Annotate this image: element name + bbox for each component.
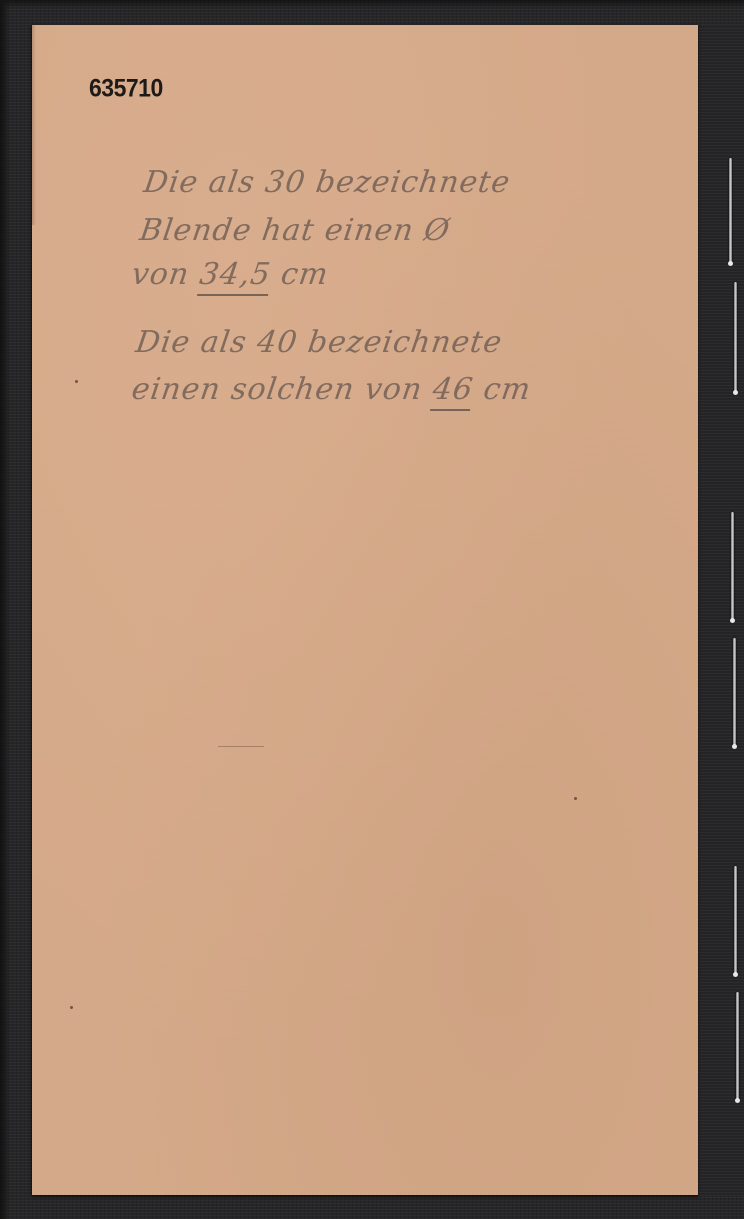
staple-icon: [731, 512, 734, 620]
staple-icon: [736, 992, 739, 1100]
handwritten-note: Die als 30 bezeichnete Blende hat einen …: [32, 25, 698, 1195]
note-line-1: Die als 30 bezeichnete: [142, 165, 513, 200]
note-line-5-prefix: einen solchen von: [130, 372, 436, 407]
paper-sheet: 635710 Die als 30 bezeichnete Blende hat…: [32, 25, 698, 1195]
note-line-3: von 34,5 cm: [130, 257, 331, 292]
staple-icon: [733, 638, 736, 746]
note-line-3-suffix: cm: [279, 257, 331, 292]
faint-pencil-mark: [218, 746, 264, 747]
note-line-5-suffix: cm: [481, 372, 533, 407]
paper-speck: [75, 380, 78, 383]
diameter-value-30: 34,5: [197, 257, 273, 296]
staple-icon: [729, 158, 732, 263]
staple-icon: [734, 282, 737, 392]
note-line-2: Blende hat einen Ø: [138, 213, 453, 248]
backing-top-shadow: [0, 0, 744, 8]
note-line-3-prefix: von: [130, 257, 203, 292]
note-line-5: einen solchen von 46 cm: [130, 372, 534, 407]
diameter-value-40: 46: [430, 372, 476, 411]
note-line-4: Die als 40 bezeichnete: [134, 325, 505, 360]
paper-speck: [574, 797, 577, 800]
staple-icon: [734, 866, 737, 974]
backing-left-shadow: [0, 0, 10, 1219]
paper-speck: [70, 1006, 73, 1009]
